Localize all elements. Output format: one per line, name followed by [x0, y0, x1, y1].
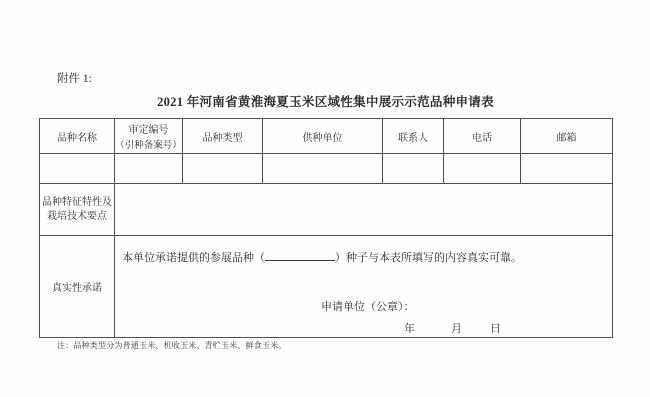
commitment-row-label: 真实性承诺: [40, 236, 115, 338]
header-cell-variety-type: 品种类型: [183, 119, 263, 154]
header-cell-email: 邮箱: [521, 119, 613, 154]
year-label: 年: [404, 323, 415, 335]
blank-cell-variety-name: [40, 154, 115, 184]
header-cell-phone: 电话: [444, 119, 521, 154]
blank-cell-approval-number: [115, 154, 183, 184]
date-line: 年月日: [404, 320, 501, 336]
blank-entry-row: [40, 154, 613, 184]
day-label: 日: [490, 323, 501, 335]
feature-content-cell: [115, 184, 613, 236]
blank-cell-email: [521, 154, 613, 184]
commitment-row: 真实性承诺 本单位承诺提供的参展品种（）种子与本表所填写的内容真实可靠。 申请单…: [40, 236, 613, 338]
form-title: 2021 年河南省黄淮海夏玉米区域性集中展示示范品种申请表: [39, 92, 612, 110]
header-cell-approval-number: 审定编号 （引种备案号）: [115, 119, 183, 154]
feature-row-label: 品种特征特性及 栽培技术要点: [40, 184, 115, 236]
apply-unit-seal-label: 申请单位（公章）：: [321, 298, 415, 314]
scanned-form-page: 附件 1: 2021 年河南省黄淮海夏玉米区域性集中展示示范品种申请表 品种名称…: [0, 0, 650, 397]
variety-name-blank-line: [265, 250, 335, 261]
commitment-text-suffix: ）种子与本表所填写的内容真实可靠。: [335, 252, 522, 264]
month-label: 月: [451, 323, 462, 335]
blank-cell-variety-type: [183, 154, 263, 184]
application-table: 品种名称 审定编号 （引种备案号） 品种类型 供种单位 联系人 电话: [39, 118, 613, 338]
feature-row: 品种特征特性及 栽培技术要点: [40, 184, 613, 236]
blank-cell-contact-person: [383, 154, 444, 184]
blank-cell-phone: [444, 154, 521, 184]
blank-cell-seed-supplier: [263, 154, 383, 184]
header-row: 品种名称 审定编号 （引种备案号） 品种类型 供种单位 联系人 电话: [40, 119, 613, 154]
header-cell-variety-name: 品种名称: [40, 119, 115, 154]
commitment-content-cell: 本单位承诺提供的参展品种（）种子与本表所填写的内容真实可靠。 申请单位（公章）：…: [115, 236, 613, 338]
footnote: 注：品种类型分为普通玉米、机收玉米、青贮玉米、鲜食玉米。: [57, 340, 287, 351]
header-cell-contact-person: 联系人: [383, 119, 444, 154]
commitment-statement: 本单位承诺提供的参展品种（）种子与本表所填写的内容真实可靠。: [122, 249, 522, 265]
commitment-text-prefix: 本单位承诺提供的参展品种（: [122, 252, 265, 264]
attachment-label: 附件 1:: [57, 70, 92, 86]
header-cell-seed-supplier: 供种单位: [263, 119, 383, 154]
